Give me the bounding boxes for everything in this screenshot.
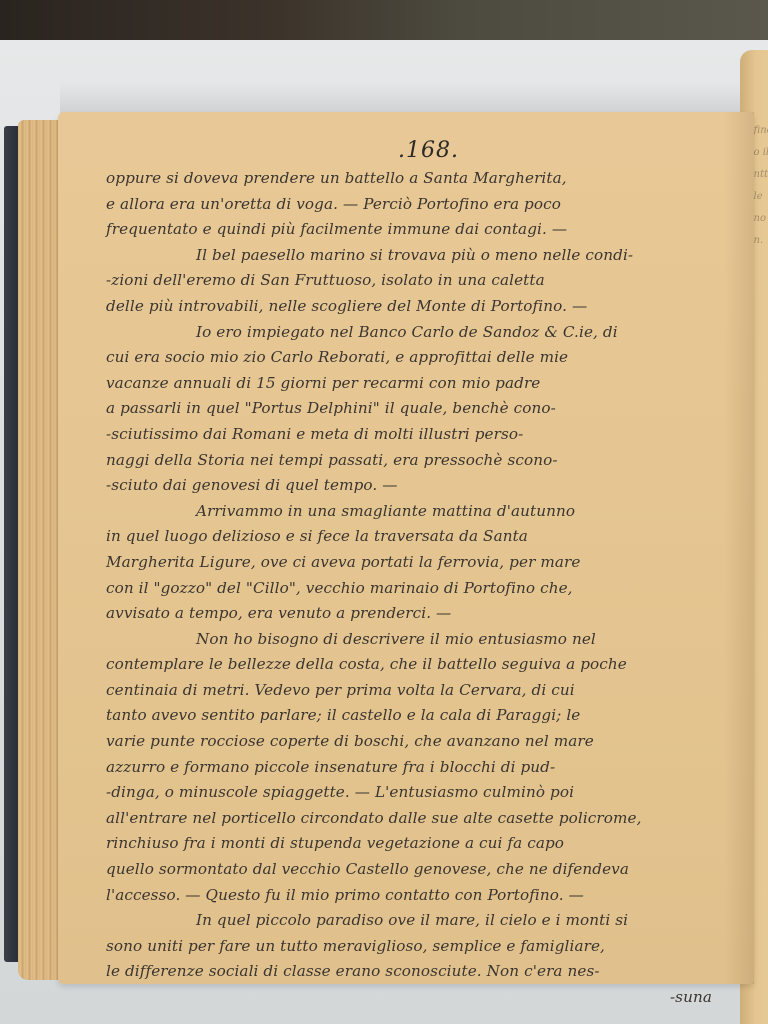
text-line: avvisato a tempo, era venuto a prenderci… [106, 601, 718, 627]
handwritten-text-body: oppure si doveva prendere un battello a … [106, 166, 718, 1011]
text-line: -dinga, o minuscole spiaggette. — L'entu… [106, 780, 718, 806]
text-line: sono uniti per fare un tutto meraviglios… [106, 934, 718, 960]
text-line: e allora era un'oretta di voga. — Perciò… [106, 192, 718, 218]
text-line: rinchiuso fra i monti di stupenda vegeta… [106, 831, 718, 857]
text-line: Il bel paesello marino si trovava più o … [106, 243, 718, 269]
page-gutter-shadow [724, 112, 754, 984]
table-surface [0, 0, 768, 40]
text-line: vacanze annuali di 15 giorni per recarmi… [106, 371, 718, 397]
text-line: Arrivammo in una smagliante mattina d'au… [106, 499, 718, 525]
text-line: Margherita Ligure, ove ci aveva portati … [106, 550, 718, 576]
text-line: delle più introvabili, nelle scogliere d… [106, 294, 718, 320]
text-line: le differenze sociali di classe erano sc… [106, 959, 718, 985]
page-number: .168. [398, 138, 459, 163]
text-line: cui era socio mio zio Carlo Reborati, e … [106, 345, 718, 371]
text-line: -sciutissimo dai Romani e meta di molti … [106, 422, 718, 448]
text-line: l'accesso. — Questo fu il mio primo cont… [106, 883, 718, 909]
text-line: -zioni dell'eremo di San Fruttuoso, isol… [106, 268, 718, 294]
text-line: quello sormontato dal vecchio Castello g… [106, 857, 718, 883]
text-line: frequentato e quindi più facilmente immu… [106, 217, 718, 243]
page-edges [18, 120, 62, 980]
text-line: contemplare le bellezze della costa, che… [106, 652, 718, 678]
text-line: In quel piccolo paradiso ove il mare, il… [106, 908, 718, 934]
text-line: -suna [106, 985, 718, 1011]
text-line: a passarli in quel "Portus Delphini" il … [106, 396, 718, 422]
text-line: in quel luogo delizioso e si fece la tra… [106, 524, 718, 550]
text-line: con il "gozzo" del "Cillo", vecchio mari… [106, 576, 718, 602]
text-line: Io ero impiegato nel Banco Carlo de Sand… [106, 320, 718, 346]
text-line: oppure si doveva prendere un battello a … [106, 166, 718, 192]
text-line: naggi della Storia nei tempi passati, er… [106, 448, 718, 474]
text-line: tanto avevo sentito parlare; il castello… [106, 703, 718, 729]
text-line: -sciuto dai genovesi di quel tempo. — [106, 473, 718, 499]
text-line: centinaia di metri. Vedevo per prima vol… [106, 678, 718, 704]
text-line: azzurro e formano piccole insenature fra… [106, 755, 718, 781]
text-line: all'entrare nel porticello circondato da… [106, 806, 718, 832]
text-line: Non ho bisogno di descrivere il mio entu… [106, 627, 718, 653]
text-line: varie punte rocciose coperte di boschi, … [106, 729, 718, 755]
